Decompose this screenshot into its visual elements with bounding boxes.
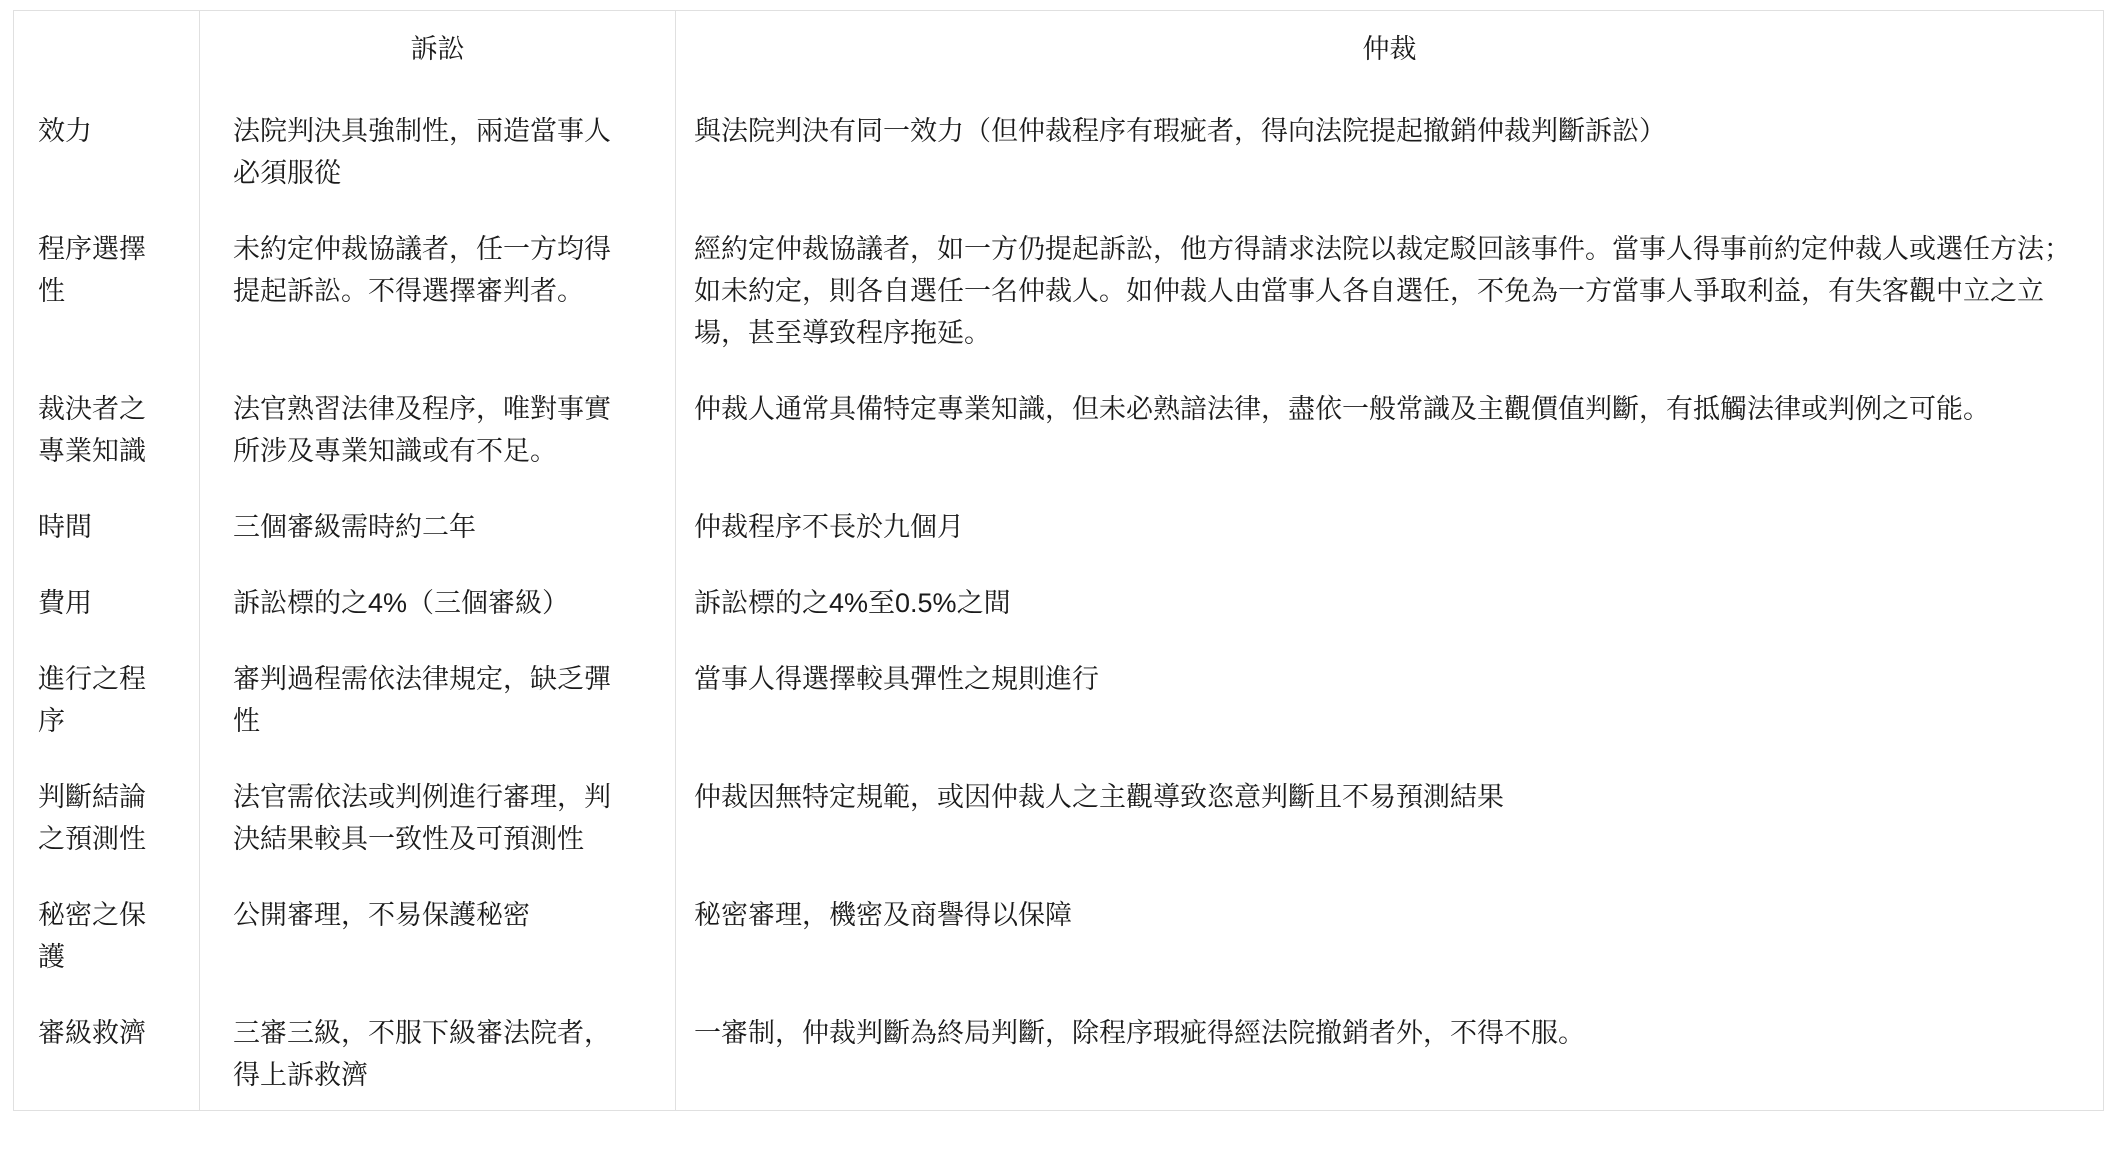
arbitration-cell: 仲裁人通常具備特定專業知識，但未必熟諳法律，盡依一般常識及主觀價值判斷，有抵觸法… bbox=[676, 368, 2104, 486]
arbitration-cell: 訴訟標的之4%至0.5%之間 bbox=[676, 562, 2104, 638]
litigation-cell: 法官需依法或判例進行審理，判決結果較具一致性及可預測性 bbox=[200, 756, 676, 874]
row-label-cell: 判斷結論之預測性 bbox=[14, 756, 200, 874]
arbitration-cell: 一審制，仲裁判斷為終局判斷，除程序瑕疵得經法院撤銷者外，不得不服。 bbox=[676, 992, 2104, 1111]
arbitration-cell: 經約定仲裁協議者，如一方仍提起訴訟，他方得請求法院以裁定駁回該事件。當事人得事前… bbox=[676, 208, 2104, 368]
table-row: 進行之程序 審判過程需依法律規定，缺乏彈性 當事人得選擇較具彈性之規則進行 bbox=[14, 638, 2104, 756]
litigation-cell: 三個審級需時約二年 bbox=[200, 486, 676, 562]
arbitration-cell: 仲裁因無特定規範，或因仲裁人之主觀導致恣意判斷且不易預測結果 bbox=[676, 756, 2104, 874]
row-label-cell: 進行之程序 bbox=[14, 638, 200, 756]
table-header-row: 訴訟 仲裁 bbox=[14, 11, 2104, 91]
litigation-cell: 三審三級，不服下級審法院者，得上訴救濟 bbox=[200, 992, 676, 1111]
table-row: 程序選擇性 未約定仲裁協議者，任一方均得提起訴訟。不得選擇審判者。 經約定仲裁協… bbox=[14, 208, 2104, 368]
table-row: 時間 三個審級需時約二年 仲裁程序不長於九個月 bbox=[14, 486, 2104, 562]
arbitration-cell: 與法院判決有同一效力（但仲裁程序有瑕疵者，得向法院提起撤銷仲裁判斷訴訟） bbox=[676, 90, 2104, 208]
row-label-cell: 費用 bbox=[14, 562, 200, 638]
arbitration-cell: 秘密審理，機密及商譽得以保障 bbox=[676, 874, 2104, 992]
table-row: 裁決者之專業知識 法官熟習法律及程序，唯對事實所涉及專業知識或有不足。 仲裁人通… bbox=[14, 368, 2104, 486]
row-label-cell: 程序選擇性 bbox=[14, 208, 200, 368]
litigation-column-header: 訴訟 bbox=[200, 11, 676, 91]
corner-header-cell bbox=[14, 11, 200, 91]
litigation-cell: 訴訟標的之4%（三個審級） bbox=[200, 562, 676, 638]
row-label-cell: 秘密之保護 bbox=[14, 874, 200, 992]
table-row: 審級救濟 三審三級，不服下級審法院者，得上訴救濟 一審制，仲裁判斷為終局判斷，除… bbox=[14, 992, 2104, 1111]
row-label-cell: 效力 bbox=[14, 90, 200, 208]
table-row: 判斷結論之預測性 法官需依法或判例進行審理，判決結果較具一致性及可預測性 仲裁因… bbox=[14, 756, 2104, 874]
arbitration-column-header: 仲裁 bbox=[676, 11, 2104, 91]
litigation-cell: 審判過程需依法律規定，缺乏彈性 bbox=[200, 638, 676, 756]
arbitration-cell: 仲裁程序不長於九個月 bbox=[676, 486, 2104, 562]
litigation-cell: 公開審理，不易保護秘密 bbox=[200, 874, 676, 992]
cut-off-text-fragment bbox=[45, 1154, 105, 1160]
row-label-cell: 裁決者之專業知識 bbox=[14, 368, 200, 486]
arbitration-cell: 當事人得選擇較具彈性之規則進行 bbox=[676, 638, 2104, 756]
table-row: 效力 法院判決具強制性，兩造當事人必須服從 與法院判決有同一效力（但仲裁程序有瑕… bbox=[14, 90, 2104, 208]
comparison-table: 訴訟 仲裁 效力 法院判決具強制性，兩造當事人必須服從 與法院判決有同一效力（但… bbox=[13, 10, 2104, 1111]
table-row: 秘密之保護 公開審理，不易保護秘密 秘密審理，機密及商譽得以保障 bbox=[14, 874, 2104, 992]
litigation-cell: 法官熟習法律及程序，唯對事實所涉及專業知識或有不足。 bbox=[200, 368, 676, 486]
row-label-cell: 審級救濟 bbox=[14, 992, 200, 1111]
litigation-cell: 未約定仲裁協議者，任一方均得提起訴訟。不得選擇審判者。 bbox=[200, 208, 676, 368]
table-row: 費用 訴訟標的之4%（三個審級） 訴訟標的之4%至0.5%之間 bbox=[14, 562, 2104, 638]
row-label-cell: 時間 bbox=[14, 486, 200, 562]
litigation-cell: 法院判決具強制性，兩造當事人必須服從 bbox=[200, 90, 676, 208]
